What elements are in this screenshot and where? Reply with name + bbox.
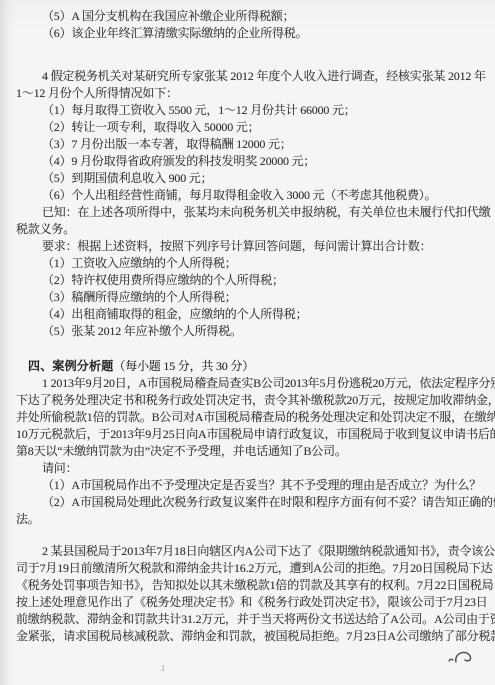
text-line: 第8天以“未缴纳罚款为由”决定不予受理，并电话通知了B公司。 <box>16 443 477 460</box>
text-line: （5）A 国分支机构在我国应补缴企业所得税额； <box>16 8 477 25</box>
text-line: 法。 <box>16 511 477 528</box>
text-line: 2 某县国税局于2013年7月18日向辖区内A公司下达了《限期缴纳税款通知书》，… <box>16 543 477 560</box>
text-line: （1）A市国税局作出不予受理决定是否妥当？其不予受理的理由是否成立？为什么？ <box>16 477 477 494</box>
text-line: 金紧张，请求国税局核减税款、滞纳金和罚款，被国税局拒绝。7月23日A公司缴纳了部… <box>16 628 477 645</box>
text-line: （2）特许权使用费所得应缴纳的个人所得税； <box>16 272 477 289</box>
text-line: 要求：根据上述资料，按照下列序号计算回答问题，每问需计算出合计数： <box>16 238 477 255</box>
section-heading-score: （每小题 15 分，共 30 分） <box>113 359 254 373</box>
text-line: 前缴纳税款、滞纳金和罚款共计31.2万元，并于当天将两份文书送达给了A公司。A公… <box>16 611 477 628</box>
pen-squiggle-icon <box>447 647 475 669</box>
text-line: 10万元税款后，于2013年9月25日向A市国税局申请行政复议，市国税局于收到复… <box>16 426 477 443</box>
scanned-page: （5）A 国分支机构在我国应补缴企业所得税额； （6）该企业年终汇算清缴实际缴纳… <box>0 0 495 685</box>
text-line: （5）到期国债利息收入 900 元； <box>16 170 477 187</box>
text-line: （5）张某 2012 年应补缴个人所得税。 <box>16 323 477 340</box>
document-text: （5）A 国分支机构在我国应补缴企业所得税额； （6）该企业年终汇算清缴实际缴纳… <box>16 8 477 645</box>
section-heading-title: 四、案例分析题 <box>28 359 113 373</box>
text-line: （1）每月取得工资收入 5500 元，1～12 月份共计 66000 元； <box>16 102 477 119</box>
text-line: （6）个人出租经营性商铺，每月取得租金收入 3000 元（不考虑其他税费）。 <box>16 187 477 204</box>
text-line: （6）该企业年终汇算清缴实际缴纳的企业所得税。 <box>16 25 477 42</box>
text-line: 按上述处理意见作出了《税务处理决定书》和《税务行政处罚决定书》，限该公司于7月2… <box>16 594 477 611</box>
text-line: 4 假定税务机关对某研究所专家张某 2012 年度个人收入进行调查，经核实张某 … <box>16 68 477 85</box>
ink-speck: .l <box>160 666 165 672</box>
text-line: （3）7 月份出版一本专著，取得稿酬 12000 元； <box>16 136 477 153</box>
text-line: 司于7月19日前缴清所欠税款和滞纳金共计16.2万元，遭到A公司的拒绝。7月20… <box>16 560 477 577</box>
text-line: 已知：在上述各项所得中，张某均未向税务机关申报纳税，有关单位也未履行代扣代缴 <box>16 204 477 221</box>
text-line: 1 2013年9月20日，A市国税局稽查局查实B公司2013年5月份逃税20万元… <box>16 375 477 392</box>
text-line: 并处所偷税款1倍的罚款。B公司对A市国税局稽查局的税务处理决定和处罚决定不服，在… <box>16 409 477 426</box>
text-line: （1）工资收入应缴纳的个人所得税； <box>16 255 477 272</box>
text-line: （3）稿酬所得应缴纳的个人所得税； <box>16 289 477 306</box>
text-line: （2）转让一项专利，取得收入 50000 元； <box>16 119 477 136</box>
text-line: 《税务处罚事项告知书》，告知拟处以其未缴税款1倍的罚款及其享有的权利。7月22日… <box>16 577 477 594</box>
text-line: （4）9 月份取得省政府颁发的科技发明奖 20000 元； <box>16 153 477 170</box>
text-line: （4）出租商铺取得的租金，应缴纳的个人所得税； <box>16 306 477 323</box>
section-heading: 四、案例分析题（每小题 15 分，共 30 分） <box>16 358 477 375</box>
text-line: 请问： <box>16 460 477 477</box>
text-line: 税款义务。 <box>16 221 477 238</box>
text-line: 下达了税务处理决定书和税务行政处罚决定书，责令其补缴税款20万元，按规定加收滞纳… <box>16 392 477 409</box>
text-line: （2）A市国税局处理此次税务行政复议案件在时限和程序方面有何不妥？请告知正确的做 <box>16 494 477 511</box>
text-line: 1～12 月份个人所得情况如下： <box>16 85 477 102</box>
